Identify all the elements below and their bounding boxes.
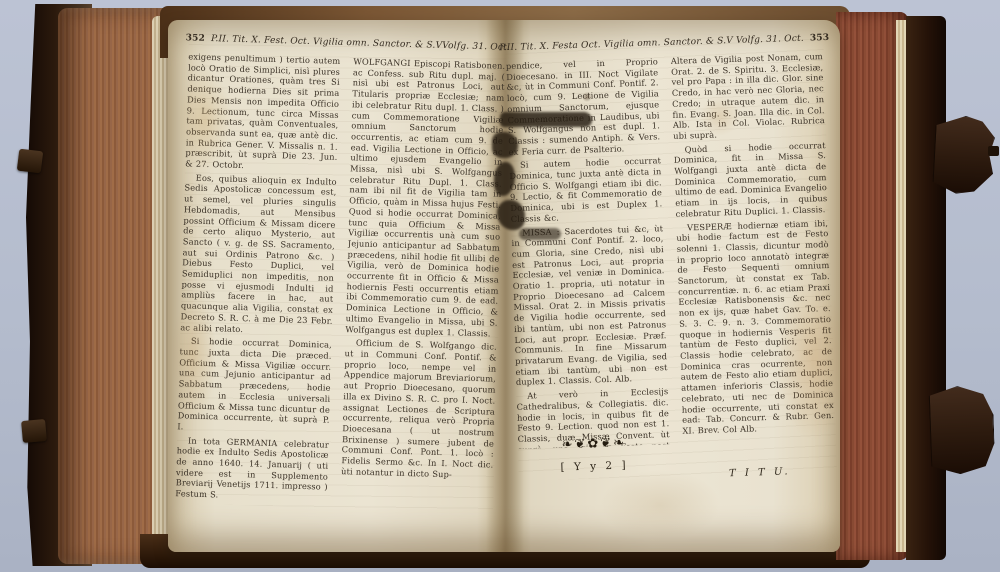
right-running-title: P.II. Tit. X. Festa Oct. Vigilia omn. Sa…: [499, 34, 804, 54]
paragraph: exigens penultimum ) tertio autem locò O…: [185, 51, 340, 173]
paragraph: Si hodie occurrat Dominica, tunc juxta d…: [177, 336, 332, 437]
book-clasp-bottom: [928, 385, 995, 475]
photo-background: 352 P.II. Tit. X. Fest. Oct. Vigilia omn…: [0, 0, 1000, 572]
right-page-number: 353: [810, 33, 830, 44]
left-column-1: exigens penultimum ) tertio autem locò O…: [175, 51, 340, 507]
left-page: 352 P.II. Tit. X. Fest. Oct. Vigilia omn…: [175, 33, 507, 512]
clasp-pin: [988, 146, 999, 156]
left-page-number: 352: [185, 33, 205, 44]
right-column-2: Altera de Vigilia post Nonam, cum Orat. …: [671, 51, 836, 476]
paragraph: MISSA : Sacerdotes tui &c, ùt in Communi…: [511, 223, 668, 388]
left-running-title: P.II. Tit. X. Fest. Oct. Vigilia omn. Sa…: [211, 34, 510, 53]
paragraph: WOLFGANGI Episcopi Ratisbonen. ac Confes…: [345, 56, 505, 339]
left-running-header: 352 P.II. Tit. X. Fest. Oct. Vigilia omn…: [189, 33, 507, 52]
paragraph: VESPERÆ hodiernæ etiam ibi, ubi hodie fa…: [676, 218, 835, 437]
left-clasp-tab-top: [17, 149, 44, 174]
right-page-columns: pendice, vel in Proprio Dioecesano. in I…: [506, 51, 837, 481]
open-pages: 352 P.II. Tit. X. Fest. Oct. Vigilia omn…: [168, 20, 840, 552]
left-column-2: WOLFGANGI Episcopi Ratisbonen. ac Confes…: [340, 56, 505, 512]
left-clasp-tab-bottom: [21, 419, 47, 443]
right-book-cover: [906, 16, 946, 560]
paragraph: Quòd si hodie occurrat Dominica, fit in …: [673, 140, 827, 220]
paragraph: Si autem hodie occurrat Dominica, tunc j…: [509, 156, 663, 225]
right-page: P.II. Tit. X. Festa Oct. Vigilia omn. Sa…: [505, 33, 837, 481]
paragraph: pendice, vel in Proprio Dioecesano. in I…: [506, 56, 661, 157]
right-column-1: pendice, vel in Proprio Dioecesano. in I…: [506, 56, 670, 449]
paragraph: Eos, quibus alioquin ex Indulto Sedis Ap…: [180, 172, 337, 337]
right-running-header: P.II. Tit. X. Festa Oct. Vigilia omn. Sa…: [505, 33, 823, 53]
left-page-columns: exigens penultimum ) tertio autem locò O…: [175, 51, 506, 512]
paragraph: Altera de Vigilia post Nonam, cum Orat. …: [671, 51, 826, 141]
paragraph: In tota GERMANIA celebratur hodie ex Ind…: [175, 435, 329, 504]
paragraph: Officium de S. Wolfgango dic. ut in Comm…: [341, 337, 497, 481]
book-clasp-top: [932, 114, 996, 195]
